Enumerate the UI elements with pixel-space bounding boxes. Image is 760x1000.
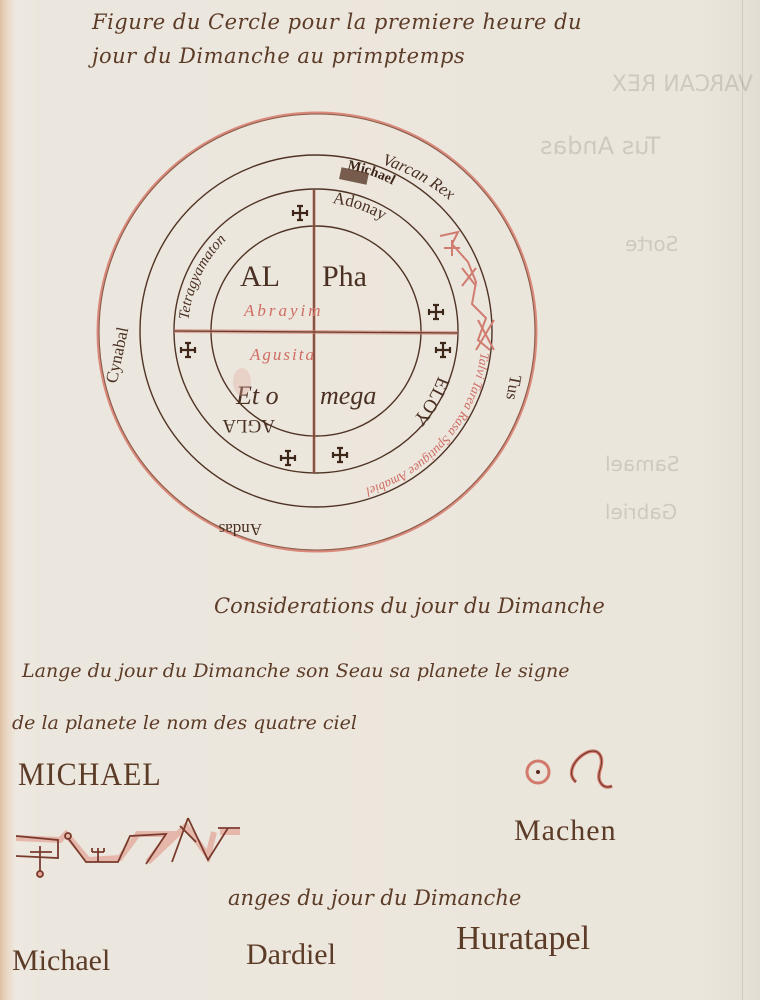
heaven-name: Machen — [514, 814, 617, 848]
alpha-right-text: Pha — [322, 260, 367, 293]
agla-text: AGLA — [222, 415, 275, 436]
angel-of-day-3: Huratapel — [456, 920, 590, 958]
considerations-title: Considerations du jour du Dimanche — [214, 594, 605, 618]
agusita-text: Agusita — [249, 345, 316, 364]
magic-circle-diagram: Varcan Rex Cynabal Tus Andas Michael Tal… — [0, 0, 760, 1000]
outer-ring-bottom-text: Andas — [219, 520, 262, 539]
considerations-line-1: Lange du jour du Dimanche son Seau sa pl… — [22, 660, 570, 682]
red-angel-names: Talvi Tarea Rasa Sputiguee Amabiel — [364, 352, 493, 500]
angel-of-day-1: Michael — [12, 944, 110, 978]
angel-of-day-2: Dardiel — [246, 938, 336, 972]
outer-ring-right-text: Tus — [502, 374, 525, 402]
angels-title: anges du jour du Dimanche — [228, 886, 521, 910]
svg-text:Talvi Tarea Rasa Sputiguee Ama: Talvi Tarea Rasa Sputiguee Amabiel — [364, 352, 493, 500]
svg-text:ELOY: ELOY — [408, 374, 453, 429]
svg-text:Adonay: Adonay — [332, 188, 391, 224]
considerations-line-2: de la planete le nom des quatre ciel — [12, 712, 357, 734]
leo-symbol-icon — [572, 751, 612, 787]
manuscript-page: VARCAN REX Tus Andas Sorte Samael Gabrie… — [0, 0, 760, 1000]
alpha-left-text: AL — [240, 260, 280, 293]
abrayim-text: Abrayim — [243, 301, 324, 320]
eloy-text: ELOY — [408, 374, 453, 429]
angel-name: MICHAEL — [18, 756, 162, 793]
outer-ring-left-text: Cynabal — [102, 325, 132, 385]
adonay-text: Adonay — [332, 188, 391, 224]
omega-right-text: mega — [320, 381, 376, 410]
